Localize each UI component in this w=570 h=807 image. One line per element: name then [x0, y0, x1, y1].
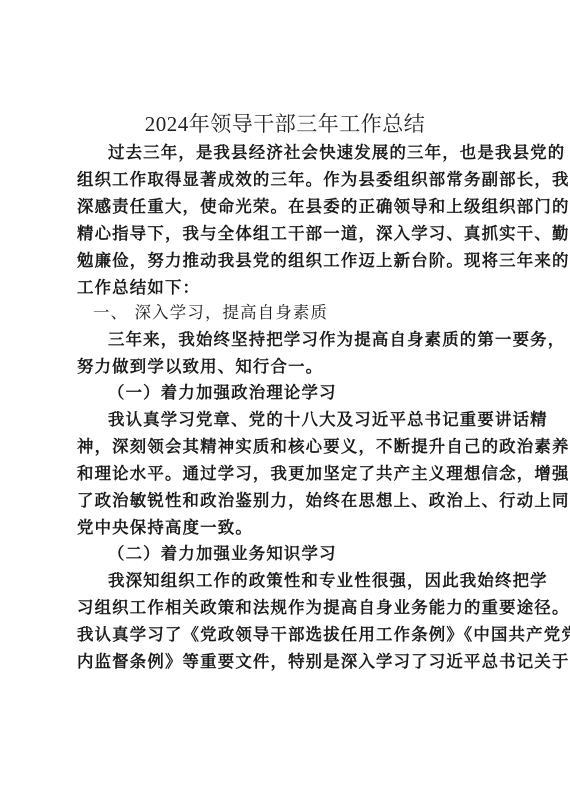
- paragraph-line: 神，深刻领会其精神实质和核心要义，不断提升自己的政治素养: [77, 437, 497, 457]
- subsection-heading-1: （一）着力加强政治理论学习: [108, 383, 528, 403]
- paragraph-line: 内监督条例》等重要文件，特别是深入学习了习近平总书记关于: [77, 652, 497, 672]
- paragraph-line: 我认真学习了《党政领导干部选拔任用工作条例》《中国共产党党: [77, 625, 497, 645]
- paragraph-line: 精心指导下，我与全体组工干部一道，深入学习、真抓实干、勤: [77, 224, 497, 244]
- paragraph-line: 我深知组织工作的政策性和专业性很强，因此我始终把学: [108, 571, 528, 591]
- subsection-heading-2: （二）着力加强业务知识学习: [108, 544, 528, 564]
- document-page: 2024年领导干部三年工作总结 过去三年，是我县经济社会快速发展的三年，也是我县…: [0, 0, 570, 807]
- paragraph-line: 和理论水平。通过学习，我更加坚定了共产主义理想信念，增强: [77, 464, 497, 484]
- paragraph-line: 三年来，我始终坚持把学习作为提高自身素质的第一要务，: [108, 330, 528, 350]
- paragraph-line: 习组织工作相关政策和法规作为提高自身业务能力的重要途径。: [77, 598, 497, 618]
- paragraph-line: 我认真学习党章、党的十八大及习近平总书记重要讲话精: [108, 410, 528, 430]
- document-title: 2024年领导干部三年工作总结: [0, 108, 570, 138]
- paragraph-line: 组织工作取得显著成效的三年。作为县委组织部常务副部长，我: [77, 170, 497, 190]
- paragraph-line: 工作总结如下：: [77, 278, 497, 298]
- paragraph-line: 过去三年，是我县经济社会快速发展的三年，也是我县党的: [108, 143, 528, 163]
- section-heading-1: 一、 深入学习，提高自身素质: [93, 303, 513, 323]
- paragraph-line: 勉廉俭，努力推动我县党的组织工作迈上新台阶。现将三年来的: [77, 251, 497, 271]
- paragraph-line: 努力做到学以致用、知行合一。: [77, 357, 497, 377]
- paragraph-line: 了政治敏锐性和政治鉴别力，始终在思想上、政治上、行动上同: [77, 491, 497, 511]
- paragraph-line: 深感责任重大，使命光荣。在县委的正确领导和上级组织部门的: [77, 197, 497, 217]
- paragraph-line: 党中央保持高度一致。: [77, 518, 497, 538]
